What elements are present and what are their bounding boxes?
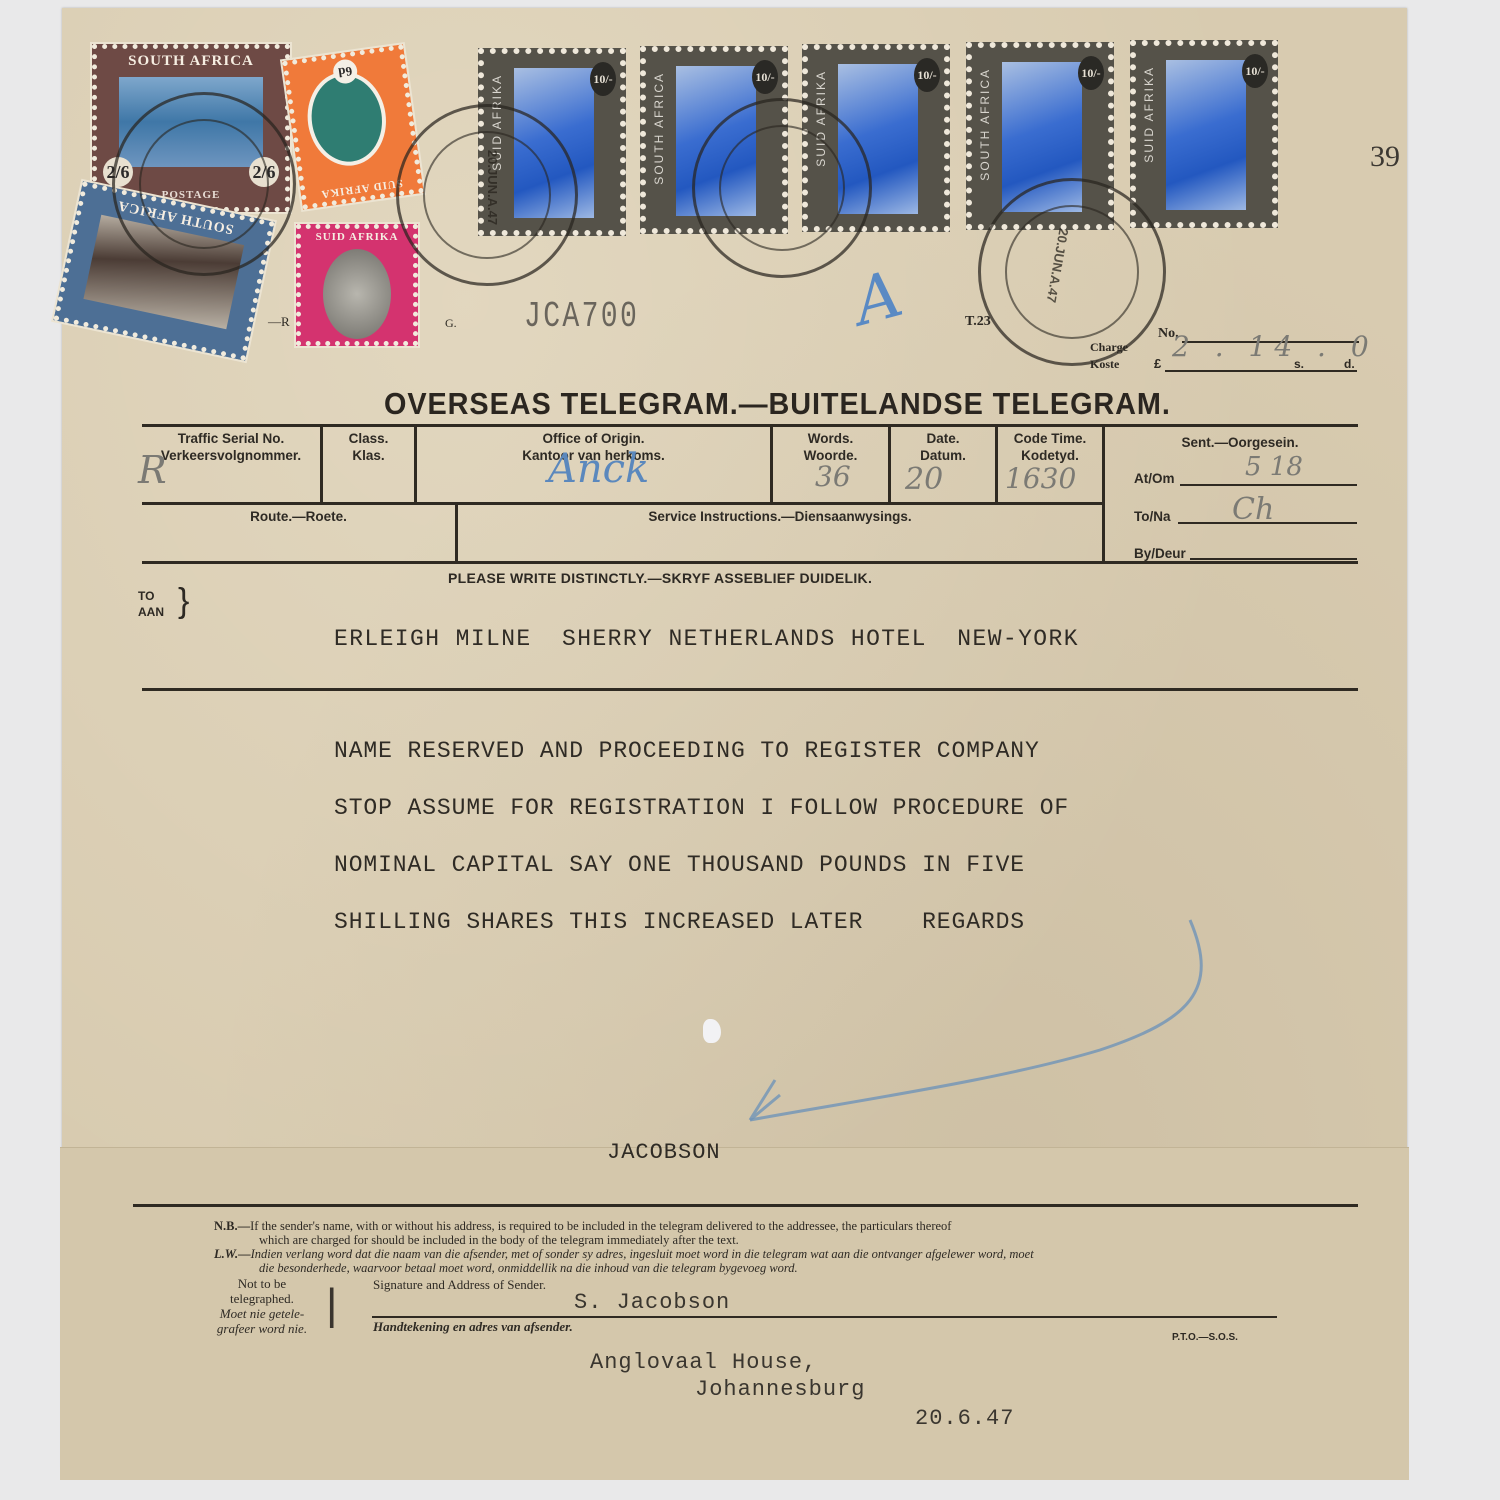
stamp-center-ship <box>323 249 391 339</box>
col-divider <box>455 505 458 561</box>
sender-signature-line <box>372 1316 1277 1318</box>
signature-rule <box>133 1204 1358 1207</box>
date-handwritten: 20 <box>905 462 943 497</box>
words-handwritten: 36 <box>815 460 851 493</box>
postmark-date: 20.JUN.A.47 <box>485 150 500 225</box>
stamp-value: 10/- <box>752 60 778 94</box>
sender-address-line-2: Johannesburg <box>695 1377 865 1402</box>
stamp-value: 10/- <box>914 58 940 92</box>
stamp-country: SUID AFRIKA <box>301 231 413 243</box>
addressee-rule <box>142 688 1358 691</box>
class-label: Class. Klas. <box>323 430 414 464</box>
stamp-6d: SUID AFRIKA 6d <box>282 44 424 210</box>
service-instructions-label: Service Instructions.—Diensaanwysings. <box>460 508 1100 525</box>
r-label: —R <box>268 314 290 330</box>
stamp-10s-1: SUID AFRIKA 10/- <box>478 48 626 236</box>
code-time-label: Code Time. Kodetyd. <box>998 430 1102 464</box>
message-signature: JACOBSON <box>607 1140 721 1165</box>
by-label: By/Deur <box>1134 545 1186 562</box>
stamp-10s-3: SUID AFRIKA 10/- <box>802 44 950 232</box>
charge-label: Charge <box>1090 340 1128 355</box>
stamp-2s6d: SOUTH AFRICA 2/6 2/6 POSTAGE <box>92 44 290 212</box>
stamp-10s-4: SOUTH AFRICA 10/- <box>966 42 1114 230</box>
stamp-value: 10/- <box>1242 54 1268 88</box>
koste-label: Koste <box>1090 357 1119 372</box>
charge-handwritten: 2 . 14 . 0 <box>1172 330 1377 363</box>
blue-arrow-annotation <box>720 910 1220 1130</box>
sender-date: 20.6.47 <box>915 1406 1014 1431</box>
words-label: Words. Woorde. <box>773 430 888 464</box>
traffic-serial-label: Traffic Serial No. Verkeersvolgnommer. <box>142 430 320 464</box>
message-line-2: STOP ASSUME FOR REGISTRATION I FOLLOW PR… <box>334 795 1069 821</box>
code-time-handwritten: 1630 <box>1005 462 1076 495</box>
at-label: At/Om <box>1134 470 1175 487</box>
at-line <box>1180 484 1357 486</box>
signature-label: Signature and Address of Sender. <box>373 1278 546 1292</box>
at-handwritten: 5 18 <box>1245 452 1303 482</box>
stamp-country: SOUTH AFRICA <box>652 72 666 185</box>
addressee-value: ERLEIGH MILNE SHERRY NETHERLANDS HOTEL N… <box>334 626 1079 652</box>
g-label: G. <box>445 316 457 331</box>
sender-address-line-1: Anglovaal House, <box>590 1350 817 1375</box>
stamp-country: SUID AFRIKA <box>1142 66 1156 163</box>
serial-stamp: JCA700 <box>524 296 639 337</box>
stamp-10s-5: SUID AFRIKA 10/- <box>1130 40 1278 228</box>
stamp-scene <box>119 77 263 167</box>
sender-name: S. Jacobson <box>574 1290 730 1315</box>
page-number: 39 <box>1370 140 1400 174</box>
form-title: OVERSEAS TELEGRAM.—BUITELANDSE TELEGRAM. <box>384 386 1171 422</box>
to-handwritten: Ch <box>1232 492 1274 527</box>
stamp-value: 10/- <box>590 62 616 96</box>
brace: } <box>178 582 189 621</box>
paper-hole <box>703 1019 721 1043</box>
stamp-value: 2/6 <box>249 157 279 187</box>
traffic-serial-handwritten: R <box>138 448 167 492</box>
office-of-origin-handwritten: Anck <box>548 446 649 492</box>
form-number: T.23 <box>965 314 991 330</box>
message-line-3: NOMINAL CAPITAL SAY ONE THOUSAND POUNDS … <box>334 852 1025 878</box>
route-label: Route.—Roete. <box>142 508 455 525</box>
nb-note: N.B.—If the sender's name, with or witho… <box>214 1219 1294 1275</box>
not-to-be-telegraphed: Not to be telegraphed. Moet nie getele- … <box>198 1276 326 1336</box>
printer-mark: P.T.O.—S.O.S. <box>1172 1332 1238 1343</box>
stamp-country: SOUTH AFRICA <box>978 68 992 181</box>
stamp-value: 10/- <box>1078 56 1104 90</box>
charge-line <box>1165 370 1357 372</box>
stamp-value: 2/6 <box>103 157 133 187</box>
stamp-country: SOUTH AFRICA <box>97 53 285 70</box>
message-line-1: NAME RESERVED AND PROCEEDING TO REGISTER… <box>334 738 1040 764</box>
table-mid-rule <box>142 502 1102 505</box>
table-top-rule <box>142 424 1358 427</box>
col-divider <box>1102 426 1105 562</box>
date-label: Date. Datum. <box>891 430 995 464</box>
to-label: To/Na <box>1134 508 1171 525</box>
write-distinctly-note: PLEASE WRITE DISTINCTLY.—SKRYF ASSEBLIEF… <box>448 570 872 586</box>
footer-brace: | <box>326 1280 337 1330</box>
by-line <box>1190 558 1357 560</box>
sent-heading: Sent.—Oorgesein. <box>1130 434 1350 451</box>
stamp-10s-2: SOUTH AFRICA 10/- <box>640 46 788 234</box>
stamp-1d: SUID AFRIKA <box>296 224 418 346</box>
pound-sign: £ <box>1154 356 1161 371</box>
signature-label-af: Handtekening en adres van afsender. <box>373 1320 573 1334</box>
stamp-country: SUID AFRIKA <box>814 70 828 167</box>
to-aan-label: TO AAN <box>138 588 164 620</box>
